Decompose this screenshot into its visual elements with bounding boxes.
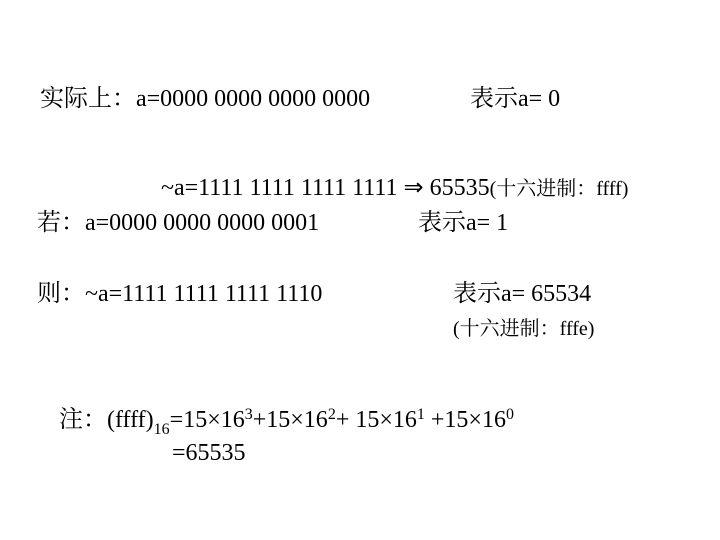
statement-a-zero-binary: 实际上：a=0000 0000 0000 0000 (40, 86, 370, 112)
not-a-binary-expression: ~a=1111 1111 1111 1111 (161, 175, 403, 201)
note-formula: 注：(ffff)16=15×163+15×162+ 15×161 +15×160 (35, 380, 514, 465)
slide-canvas: 实际上：a=0000 0000 0000 0000 表示a= 0 ~a=1111… (0, 0, 720, 540)
formula-base: (ffff) (107, 407, 154, 433)
statement-a-zero-meaning: 表示a= 0 (470, 86, 560, 112)
formula-term-2: +15×16 (253, 407, 328, 433)
statement-not-a-65534-meaning: 表示a= 65534 (453, 281, 591, 307)
hex-note-ffff: (十六进制：ffff) (490, 178, 629, 200)
statement-a-one-binary: 若：a=0000 0000 0000 0001 (37, 210, 319, 236)
formula-exponent-1: 1 (417, 406, 425, 423)
statement-a-one-meaning: 表示a= 1 (418, 210, 508, 236)
formula-base-subscript: 16 (154, 421, 170, 438)
statement-not-a-65534-binary: 则：~a=1111 1111 1111 1110 (37, 281, 322, 307)
implies-arrow-icon: ⇒ (403, 173, 423, 201)
formula-exponent-3: 3 (245, 406, 253, 423)
note-label: 注： (59, 407, 107, 433)
formula-term-4: +15×16 (425, 407, 506, 433)
formula-result: =65535 (172, 440, 246, 466)
formula-term-3: + 15×16 (336, 407, 417, 433)
hex-note-fffe: (十六进制：fffe) (453, 318, 594, 340)
not-a-decimal-value: 65535 (424, 175, 490, 201)
formula-exponent-2: 2 (328, 406, 336, 423)
formula-term-1: =15×16 (170, 407, 245, 433)
formula-exponent-0: 0 (506, 406, 514, 423)
